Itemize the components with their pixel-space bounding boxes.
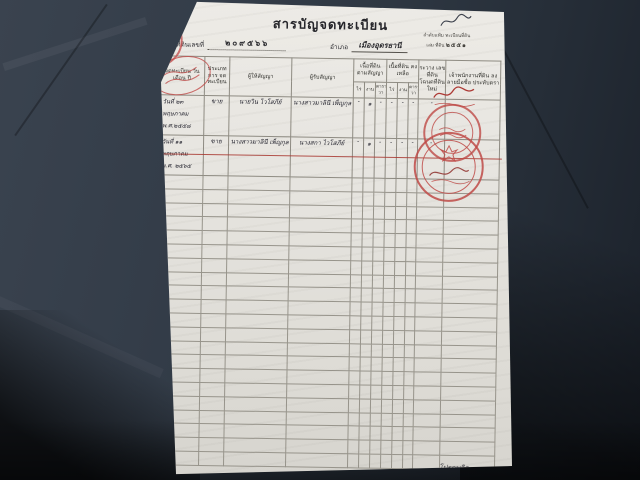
date-year: พ.ศ.๒๕๕๘: [162, 123, 190, 129]
background-seam: [14, 4, 107, 136]
cell-area: -: [353, 98, 365, 138]
subheader-ngan: งาน: [397, 83, 408, 99]
cell-receiver: นางสาวมาลินี เพ็ญกุล: [291, 97, 354, 138]
district-label: อำเภอ: [330, 42, 348, 52]
file-ref-number: ๒๕๕๑: [446, 42, 467, 49]
cell-giver: นายวิน ไวโสภีย์: [229, 96, 292, 137]
date-day: วันที่ ๑๑: [162, 139, 182, 145]
cell-area: -: [375, 98, 387, 138]
file-ref-line1: ลำดับแฟ้ม ทะเบียนที่ดิน: [423, 33, 470, 39]
cell-area: -: [408, 99, 419, 139]
subheader-rai: ไร่: [386, 82, 397, 98]
cell-area: -: [385, 138, 397, 178]
deed-number-value: ๒๐๙๕๖๖: [208, 36, 286, 51]
seal-signature: [425, 163, 471, 186]
paper-sheet: สารบัญจดทะเบียน โฉนดที่ดินเลขที่ ๒๐๙๕๖๖ …: [146, 0, 512, 478]
document-content: สารบัญจดทะเบียน โฉนดที่ดินเลขที่ ๒๐๙๕๖๖ …: [139, 0, 512, 480]
subheader-ngan: งาน: [364, 82, 375, 98]
cell-area: -: [374, 138, 386, 178]
file-ref-line2: เล่ม ที่ดิน: [426, 43, 444, 48]
cell-type: ขาย: [204, 95, 230, 135]
cell-area: -: [397, 99, 409, 139]
subheader-rai: ไร่: [353, 82, 364, 98]
col-header-area-remain: เนื้อที่ดิน คงเหลือ: [387, 59, 419, 83]
background-streak: [2, 17, 147, 71]
district-value: เมืองอุดรธานี: [352, 39, 408, 53]
col-header-receiver: ผู้รับสัญญา: [291, 58, 354, 98]
subheader-wah: ตาราง วา: [375, 82, 386, 98]
cell-date: วันที่ ๒๓ พฤษภาคม พ.ศ.๒๕๕๘: [159, 95, 205, 136]
handwritten-mark: [438, 12, 474, 33]
col-header-giver: ผู้ให้สัญญา: [229, 57, 292, 97]
date-month: พฤษภาคม: [162, 111, 188, 117]
date-year: พ.ศ. ๒๕๖๕: [162, 163, 191, 169]
cell-area: -: [352, 138, 364, 178]
cell-area: ๑: [364, 98, 376, 138]
date-day: วันที่ ๒๓: [163, 99, 184, 105]
empty-rows-body: [154, 175, 500, 470]
cell-area: ๑: [363, 138, 375, 178]
col-header-area-contract: เนื้อที่ดิน ตามสัญญา: [354, 59, 387, 83]
file-reference: ลำดับแฟ้ม ทะเบียนที่ดิน เล่ม ที่ดิน ๒๕๕๑: [414, 33, 480, 51]
garuda-emblem-icon: [439, 144, 459, 164]
photo-of-registration-document: สารบัญจดทะเบียน โฉนดที่ดินเลขที่ ๒๐๙๕๖๖ …: [0, 0, 640, 480]
subheader-wah: ตาราง วา: [408, 83, 418, 99]
cell-area: -: [386, 98, 398, 138]
cell-area: -: [396, 139, 408, 179]
